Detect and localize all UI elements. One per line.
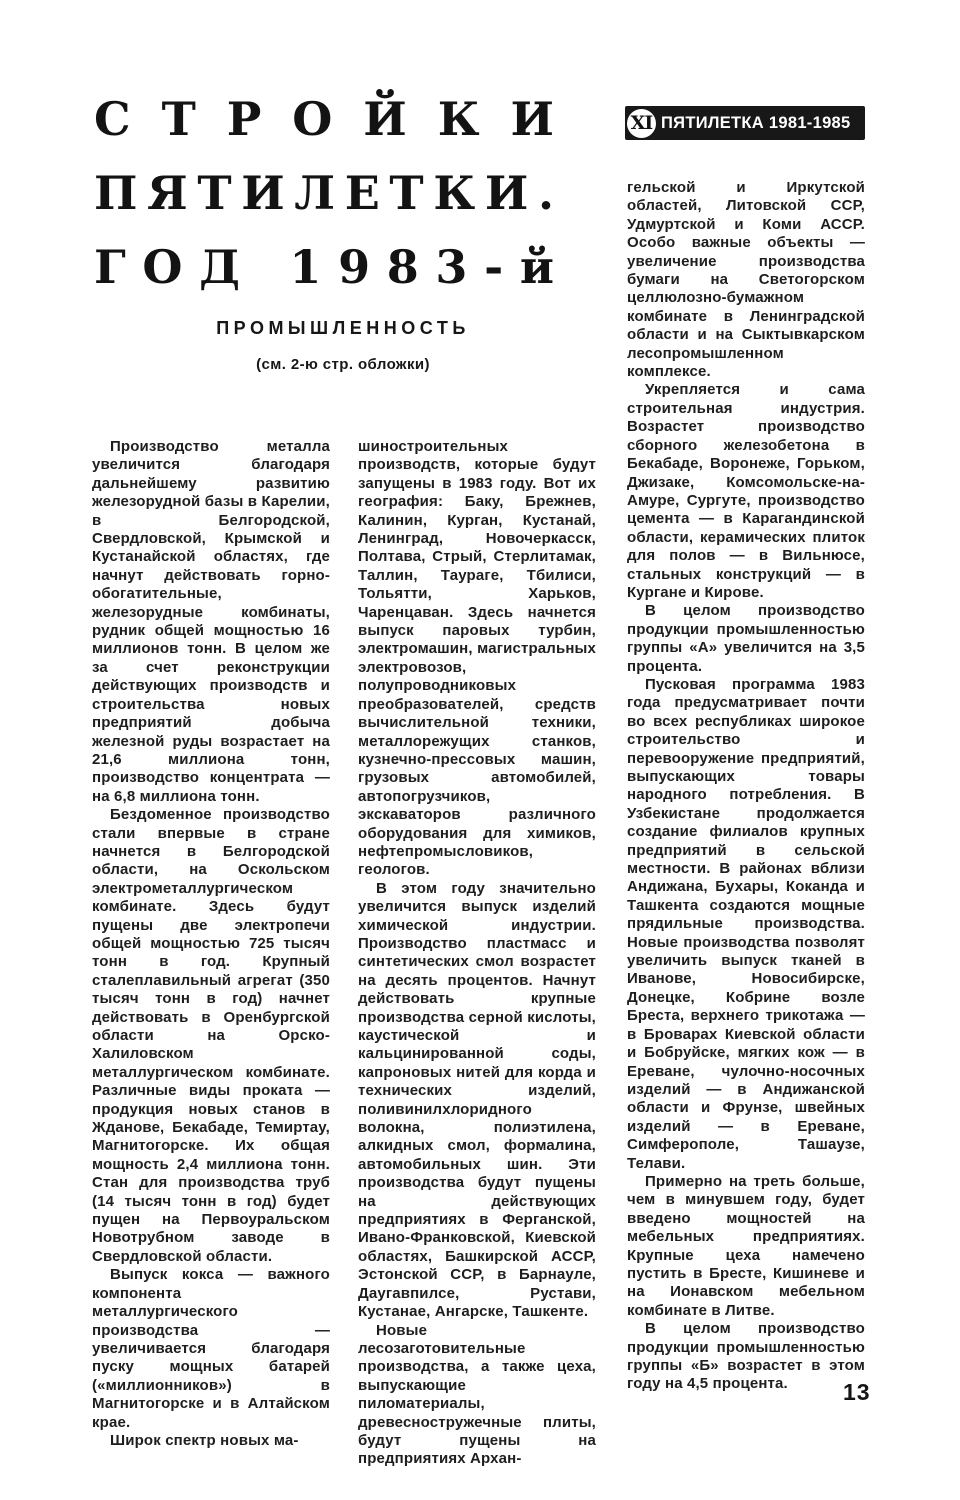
paragraph: гельской и Иркутской областей, Литовской… xyxy=(627,179,865,381)
paragraph: Бездоменное производство стали впервые в… xyxy=(92,806,330,1266)
section-note: (см. 2-ю стр. обложки) xyxy=(90,356,596,373)
page-title-line-1: СТРОЙКИ xyxy=(94,94,554,168)
five-year-plan-badge: XI ПЯТИЛЕТКА 1981-1985 xyxy=(625,106,865,140)
text-column-1: Производство металла увеличится благодар… xyxy=(92,438,330,1450)
section-heading: ПРОМЫШЛЕННОСТЬ (см. 2-ю стр. обложки) xyxy=(90,318,596,373)
text-column-3: гельской и Иркутской областей, Литовской… xyxy=(627,179,865,1394)
paragraph: Выпуск кокса — важного компонента металл… xyxy=(92,1266,330,1432)
paragraph: Производство металла увеличится благодар… xyxy=(92,438,330,806)
page-number: 13 xyxy=(843,1379,871,1406)
paragraph: В этом году значительно увеличится выпус… xyxy=(358,880,596,1322)
paragraph: Укрепляется и сама строительная индустри… xyxy=(627,381,865,602)
text-column-2: шиностроительных производств, которые бу… xyxy=(358,438,596,1469)
paragraph: В целом производство продукции промышлен… xyxy=(627,1320,865,1394)
paragraph: Пусковая программа 1983 года предусматри… xyxy=(627,676,865,1173)
paragraph: В целом производство продукции промышлен… xyxy=(627,602,865,676)
paragraph: Широк спектр новых ма- xyxy=(92,1432,330,1450)
badge-label: ПЯТИЛЕТКА 1981-1985 xyxy=(661,114,851,133)
paragraph: шиностроительных производств, которые бу… xyxy=(358,438,596,880)
page-title-line-2: ПЯТИЛЕТКИ. xyxy=(94,168,554,242)
page-title: СТРОЙКИ ПЯТИЛЕТКИ. ГОД 1983-й xyxy=(94,94,554,316)
section-title: ПРОМЫШЛЕННОСТЬ xyxy=(90,318,596,339)
paragraph: Новые лесозаготовительные производства, … xyxy=(358,1322,596,1469)
paragraph: Примерно на треть больше, чем в минувшем… xyxy=(627,1173,865,1320)
roman-numeral-xi-icon: XI xyxy=(627,109,656,138)
magazine-page: СТРОЙКИ ПЯТИЛЕТКИ. ГОД 1983-й XI ПЯТИЛЕТ… xyxy=(0,0,960,1500)
page-title-line-3: ГОД 1983-й xyxy=(94,242,554,316)
